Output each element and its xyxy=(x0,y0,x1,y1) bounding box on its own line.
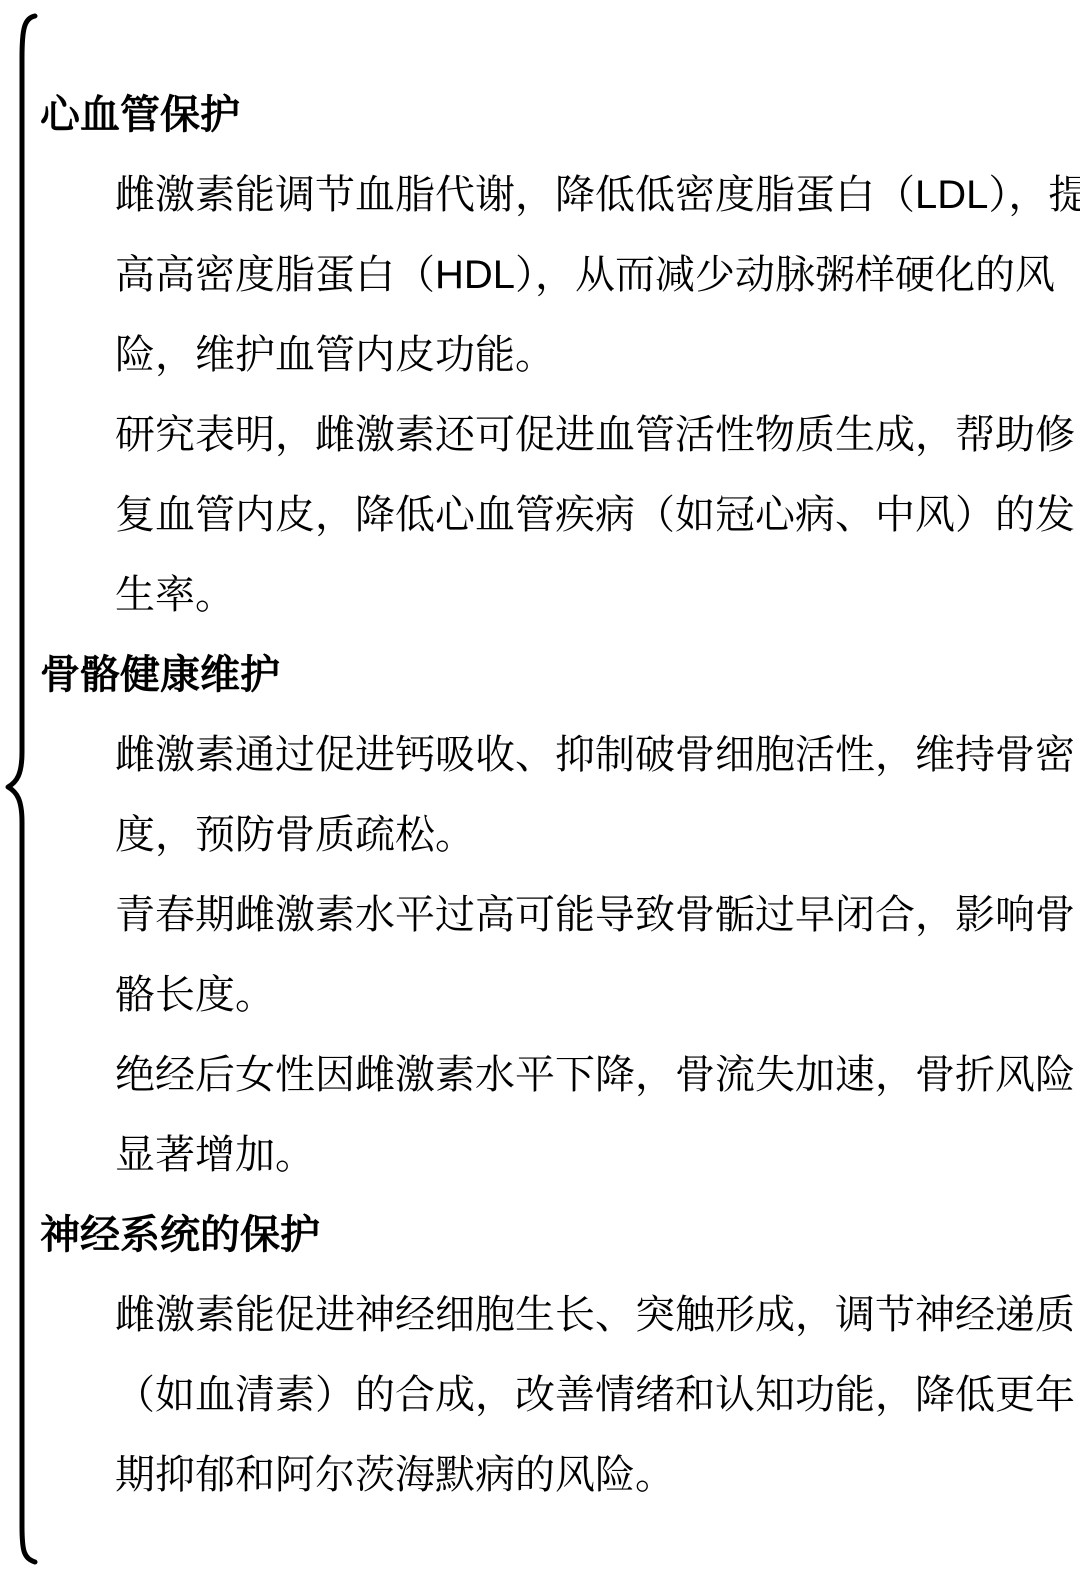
paragraph: 雌激素能促进神经细胞生长、突触形成，调节神经递质（如血清素）的合成，改善情绪和认… xyxy=(115,1275,1080,1515)
section-heading: 心血管保护 xyxy=(40,75,1080,155)
paragraph: 绝经后女性因雌激素水平下降，骨流失加速，骨折风险显著增加。 xyxy=(115,1035,1080,1195)
paragraph: 雌激素能调节血脂代谢，降低低密度脂蛋白（LDL），提高高密度脂蛋白（HDL），从… xyxy=(115,155,1080,395)
paragraph: 青春期雌激素水平过高可能导致骨骺过早闭合，影响骨骼长度。 xyxy=(115,875,1080,1035)
section-bone-health: 骨骼健康维护 雌激素通过促进钙吸收、抑制破骨细胞活性，维持骨密度，预防骨质疏松。… xyxy=(40,635,1080,1195)
section-heading: 骨骼健康维护 xyxy=(40,635,1080,715)
document-body: 心血管保护 雌激素能调节血脂代谢，降低低密度脂蛋白（LDL），提高高密度脂蛋白（… xyxy=(40,75,1080,1515)
section-nervous-system-protection: 神经系统的保护 雌激素能促进神经细胞生长、突触形成，调节神经递质（如血清素）的合… xyxy=(40,1195,1080,1515)
section-cardiovascular-protection: 心血管保护 雌激素能调节血脂代谢，降低低密度脂蛋白（LDL），提高高密度脂蛋白（… xyxy=(40,75,1080,635)
paragraph: 雌激素通过促进钙吸收、抑制破骨细胞活性，维持骨密度，预防骨质疏松。 xyxy=(115,715,1080,875)
paragraph: 研究表明，雌激素还可促进血管活性物质生成，帮助修复血管内皮，降低心血管疾病（如冠… xyxy=(115,395,1080,635)
document-page: { "page": { "background_color": "#ffffff… xyxy=(0,0,1080,1580)
section-heading: 神经系统的保护 xyxy=(40,1195,1080,1275)
